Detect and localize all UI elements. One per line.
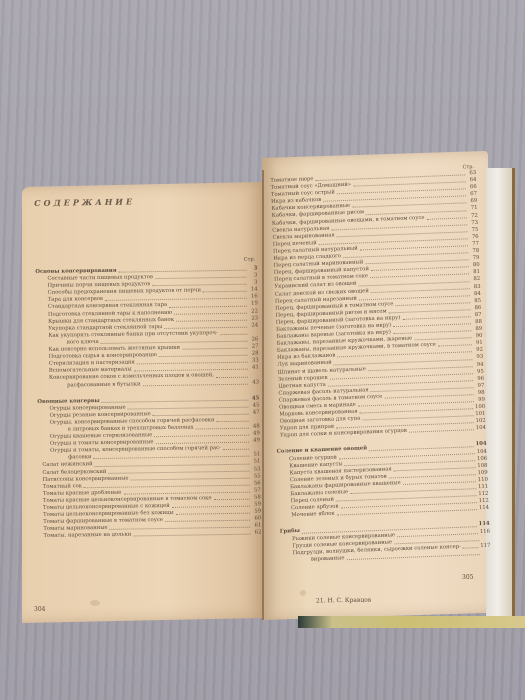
open-book: Содержание Стр. Основы консервирования3С…: [0, 0, 525, 700]
dot-leader: [463, 547, 479, 549]
toc-entry-title: расфасованные в бутылки: [49, 381, 141, 390]
dot-leader: [165, 520, 250, 522]
toc-entry-title: Патиссоны консервированные: [43, 475, 129, 483]
toc-entry-page: 49: [251, 438, 260, 445]
dot-leader: [223, 449, 249, 450]
dot-leader: [216, 376, 248, 378]
dot-leader: [203, 291, 247, 293]
toc-title: Содержание: [34, 195, 256, 208]
dot-leader: [196, 428, 249, 430]
dot-leader: [153, 414, 249, 417]
book-cover-edge: [298, 616, 525, 628]
dot-leader: [182, 348, 247, 350]
page-number-left: 304: [34, 606, 45, 613]
dot-leader: [176, 319, 247, 321]
dot-leader: [220, 334, 247, 335]
dot-leader: [154, 435, 249, 437]
dot-leader: [427, 217, 467, 220]
toc-entry-page: 117: [480, 542, 490, 549]
toc-entry-page: 114: [479, 505, 489, 512]
paper-stain: [300, 590, 306, 596]
dot-leader: [172, 506, 250, 508]
toc-entry-page: 41: [250, 365, 259, 372]
dot-leader: [159, 355, 248, 357]
toc-entry-page: 24: [249, 322, 258, 329]
page-footer-signature: 21. Н. С. Кравцов: [316, 597, 371, 605]
dot-leader: [155, 277, 246, 279]
dot-leader: [169, 305, 247, 307]
toc-entry-page: 43: [250, 379, 259, 386]
dot-leader: [217, 421, 249, 423]
toc-entry-page: 47: [251, 409, 260, 416]
dot-leader: [214, 499, 250, 501]
toc-entry-page: 62: [252, 530, 261, 537]
toc-entry-title: Томаты, нарезанные на дольки: [43, 532, 131, 540]
page-column-header: Стр.: [35, 257, 257, 266]
toc-entry-page: 104: [476, 425, 486, 432]
dot-leader: [156, 442, 249, 444]
book-spine: [262, 170, 264, 620]
left-page-content: Содержание Стр. Основы консервирования3С…: [34, 185, 262, 541]
dot-leader: [176, 513, 250, 515]
toc-entry-page: 116: [480, 528, 490, 535]
dot-leader: [164, 327, 247, 329]
toc-list-right: Томатное пюре63Томатный соус «Домашний»6…: [266, 170, 491, 565]
dot-leader: [152, 284, 246, 286]
page-number-right: 305: [462, 574, 473, 581]
right-page-content: Стр. Томатное пюре63Томатный соус «Домаш…: [266, 164, 491, 565]
paper-stain: [90, 600, 100, 606]
dot-leader: [438, 345, 472, 347]
toc-list-left: Основы консервирования3Составные части п…: [35, 266, 261, 541]
dot-leader: [174, 312, 247, 314]
dot-leader: [133, 534, 250, 537]
